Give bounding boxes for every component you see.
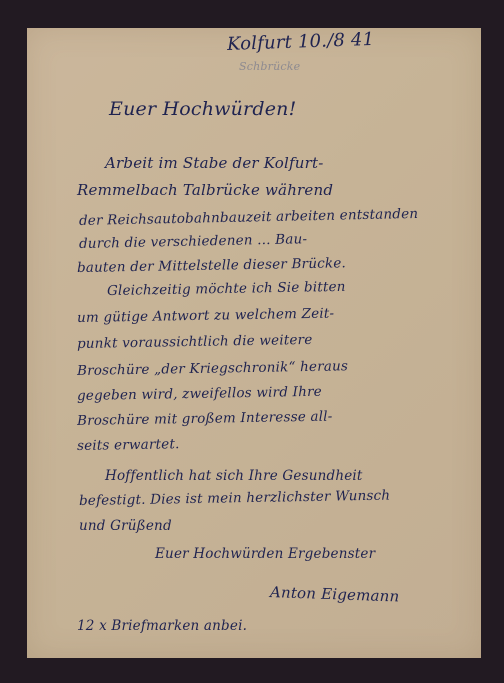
body-line: gegeben wird, zweifellos wird Ihre xyxy=(77,384,322,404)
body-line: Broschüre mit großem Interesse all- xyxy=(77,409,333,429)
body-line: Remmelbach Talbrücke während xyxy=(77,181,333,199)
body-line: Broschüre „der Kriegschronik“ heraus xyxy=(77,358,348,379)
body-line: seits erwartet. xyxy=(77,436,180,454)
body-line: und Grüßend xyxy=(79,518,172,534)
salutation: Euer Hochwürden! xyxy=(109,98,296,120)
body-line: bauten der Mittelstelle dieser Brücke. xyxy=(77,255,346,276)
postscript: 12 x Briefmarken anbei. xyxy=(77,618,247,634)
letter-paper: Kolfurt 10./8 41 Schbrücke Euer Hochwürd… xyxy=(27,28,481,658)
body-line: der Reichsautobahnbauzeit arbeiten entst… xyxy=(79,206,419,229)
body-line: Arbeit im Stabe der Kolfurt- xyxy=(105,154,324,172)
body-line: um gütige Antwort zu welchem Zeit- xyxy=(77,306,335,326)
body-line: befestigt. Dies ist mein herzlichster Wu… xyxy=(79,488,391,509)
signature: Anton Eigemann xyxy=(270,583,400,606)
closing: Euer Hochwürden Ergebenster xyxy=(155,546,375,562)
body-line: punkt voraussichtlich die weitere xyxy=(77,332,313,352)
letter-date: Kolfurt 10./8 41 xyxy=(227,29,375,55)
pencil-annotation: Schbrücke xyxy=(239,60,300,73)
body-line: durch die verschiedenen ... Bau- xyxy=(79,231,308,252)
body-line: Hoffentlich hat sich Ihre Gesundheit xyxy=(105,468,363,484)
body-line: Gleichzeitig möchte ich Sie bitten xyxy=(107,279,346,299)
